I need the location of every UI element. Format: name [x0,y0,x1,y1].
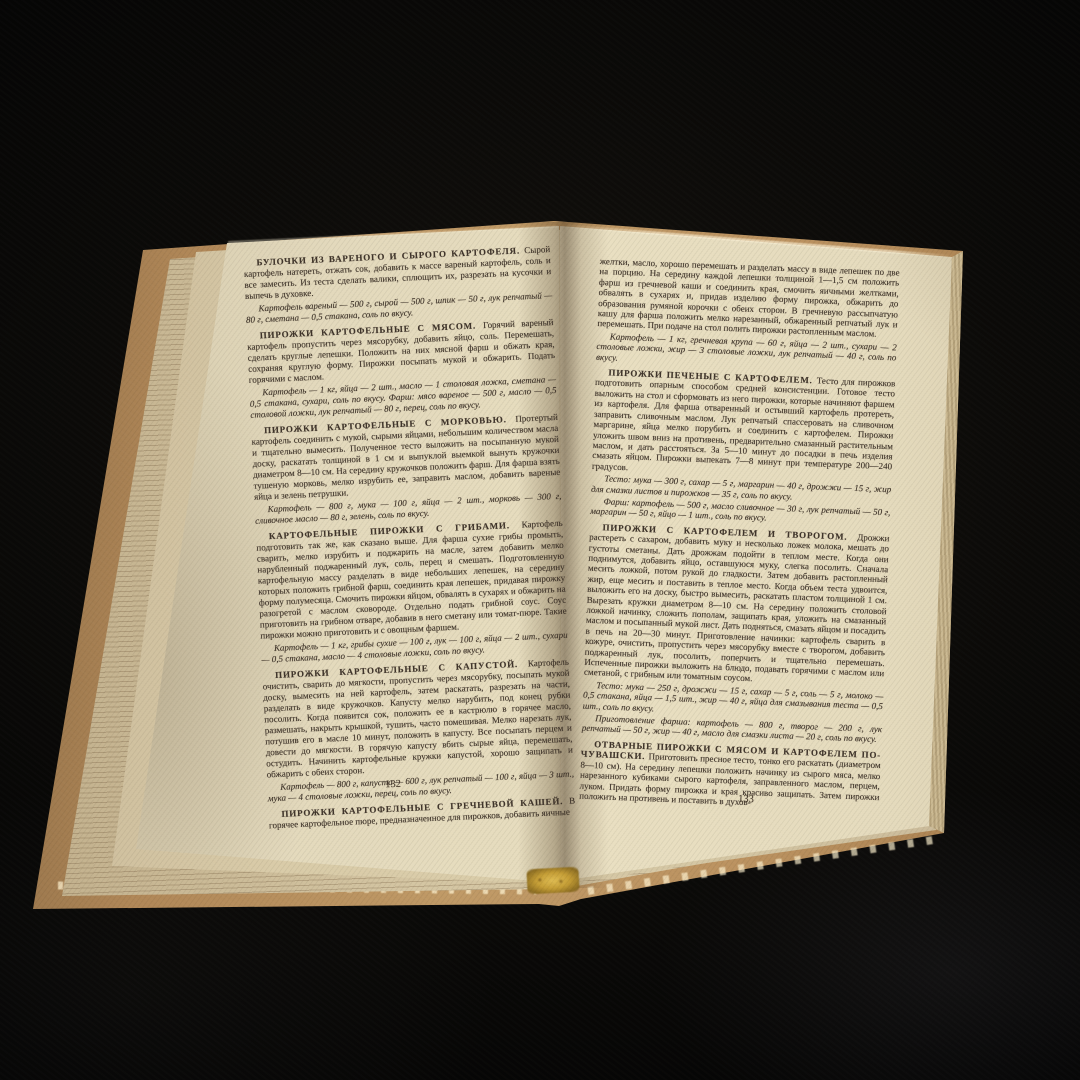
paragraph: ПИРОЖКИ КАРТОФЕЛЬНЫЕ С КАПУСТОЙ. Картофе… [262,657,574,781]
spine-gold-ornament [526,867,579,895]
right-page-text: желтки, масло, хорошо перемешать и разде… [579,256,900,812]
page-number-left: 132 [363,778,423,791]
recipe-heading: ПИРОЖКИ ПЕЧЕНЫЕ С КАРТОФЕЛЕМ. [608,367,817,385]
paragraph: ПИРОЖКИ С КАРТОФЕЛЕМ И ТВОРОГОМ. Дрожжи … [584,522,890,689]
paragraph: ПИРОЖКИ ПЕЧЕНЫЕ С КАРТОФЕЛЕМ. Тесто для … [592,367,896,483]
photo-background: БУЛОЧКИ ИЗ ВАРЕНОГО И СЫРОГО КАРТОФЕЛЯ. … [0,0,1080,1080]
paragraph: КАРТОФЕЛЬНЫЕ ПИРОЖКИ С ГРИБАМИ. Картофел… [256,518,568,642]
paragraph: ПИРОЖКИ КАРТОФЕЛЬНЫЕ С МОРКОВЬЮ. Протерт… [251,412,561,503]
paragraph: желтки, масло, хорошо перемешать и разде… [597,256,900,340]
page-number-right: 133 [716,793,776,806]
left-page-text: БУЛОЧКИ ИЗ ВАРЕНОГО И СЫРОГО КАРТОФЕЛЯ. … [243,239,576,831]
